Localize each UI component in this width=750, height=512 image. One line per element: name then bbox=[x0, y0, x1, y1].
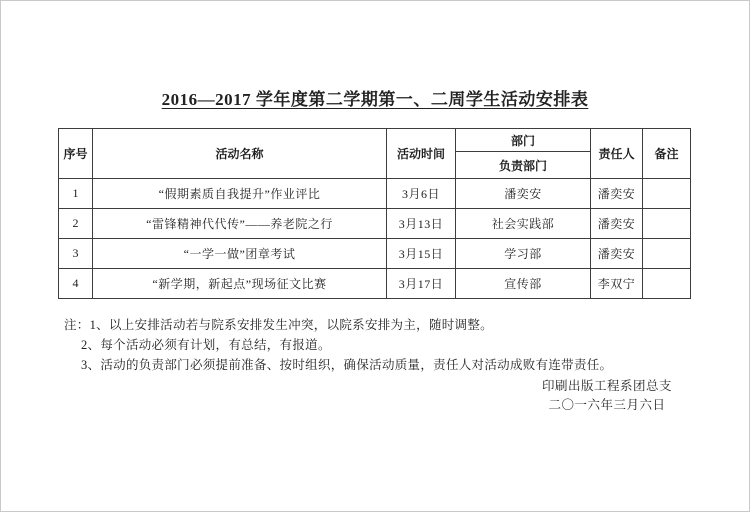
table-row: 3 “一学一做”团章考试 3月15日 学习部 潘奕安 bbox=[59, 239, 691, 269]
note-line: 3、活动的负责部门必须提前准备、按时组织，确保活动质量，责任人对活动成败有连带责… bbox=[64, 355, 612, 375]
table-row: 1 “假期素质自我提升”作业评比 3月6日 潘奕安 潘奕安 bbox=[59, 179, 691, 209]
header-row-top: 序号 活动名称 活动时间 部门 责任人 备注 bbox=[59, 129, 691, 152]
cell-dept: 学习部 bbox=[456, 239, 591, 269]
signature-block: 印刷出版工程系团总支 二〇一六年三月六日 bbox=[542, 377, 672, 415]
cell-responsible: 潘奕安 bbox=[591, 209, 643, 239]
note-line: 2、每个活动必须有计划，有总结，有报道。 bbox=[64, 335, 612, 355]
cell-no: 2 bbox=[59, 209, 93, 239]
cell-no: 3 bbox=[59, 239, 93, 269]
cell-time: 3月13日 bbox=[387, 209, 456, 239]
table-body: 1 “假期素质自我提升”作业评比 3月6日 潘奕安 潘奕安 2 “雷锋精神代代传… bbox=[59, 179, 691, 299]
cell-responsible: 潘奕安 bbox=[591, 179, 643, 209]
cell-time: 3月6日 bbox=[387, 179, 456, 209]
cell-responsible: 潘奕安 bbox=[591, 239, 643, 269]
cell-remark bbox=[643, 269, 691, 299]
col-header-remark: 备注 bbox=[643, 129, 691, 179]
cell-remark bbox=[643, 209, 691, 239]
cell-activity: “假期素质自我提升”作业评比 bbox=[93, 179, 387, 209]
cell-activity: “新学期，新起点”现场征文比赛 bbox=[93, 269, 387, 299]
signature-org: 印刷出版工程系团总支 bbox=[542, 377, 672, 396]
col-header-time: 活动时间 bbox=[387, 129, 456, 179]
col-header-activity: 活动名称 bbox=[93, 129, 387, 179]
cell-dept: 潘奕安 bbox=[456, 179, 591, 209]
notes-section: 注：1、以上安排活动若与院系安排发生冲突，以院系安排为主，随时调整。 2、每个活… bbox=[64, 315, 612, 375]
note-line: 注：1、以上安排活动若与院系安排发生冲突，以院系安排为主，随时调整。 bbox=[64, 315, 612, 335]
document-page: 2016—2017 学年度第二学期第一、二周学生活动安排表 序号 活动名称 活动… bbox=[0, 0, 750, 512]
col-header-responsible: 责任人 bbox=[591, 129, 643, 179]
page-title: 2016—2017 学年度第二学期第一、二周学生活动安排表 bbox=[1, 85, 749, 110]
cell-time: 3月17日 bbox=[387, 269, 456, 299]
cell-no: 4 bbox=[59, 269, 93, 299]
table-row: 2 “雷锋精神代代传”——养老院之行 3月13日 社会实践部 潘奕安 bbox=[59, 209, 691, 239]
cell-dept: 社会实践部 bbox=[456, 209, 591, 239]
cell-activity: “一学一做”团章考试 bbox=[93, 239, 387, 269]
notes-label: 注： bbox=[64, 318, 90, 332]
table-row: 4 “新学期，新起点”现场征文比赛 3月17日 宣传部 李双宁 bbox=[59, 269, 691, 299]
cell-remark bbox=[643, 239, 691, 269]
cell-dept: 宣传部 bbox=[456, 269, 591, 299]
cell-time: 3月15日 bbox=[387, 239, 456, 269]
col-header-no: 序号 bbox=[59, 129, 93, 179]
cell-activity: “雷锋精神代代传”——养老院之行 bbox=[93, 209, 387, 239]
activity-schedule-table: 序号 活动名称 活动时间 部门 责任人 备注 负责部门 1 “假期素质自我提升”… bbox=[58, 128, 691, 299]
cell-no: 1 bbox=[59, 179, 93, 209]
cell-responsible: 李双宁 bbox=[591, 269, 643, 299]
col-header-dept: 部门 bbox=[456, 129, 591, 152]
cell-remark bbox=[643, 179, 691, 209]
note-item: 1、以上安排活动若与院系安排发生冲突，以院系安排为主，随时调整。 bbox=[90, 318, 493, 332]
table-header: 序号 活动名称 活动时间 部门 责任人 备注 负责部门 bbox=[59, 129, 691, 179]
col-header-dept-sub: 负责部门 bbox=[456, 152, 591, 179]
signature-date: 二〇一六年三月六日 bbox=[542, 396, 672, 415]
